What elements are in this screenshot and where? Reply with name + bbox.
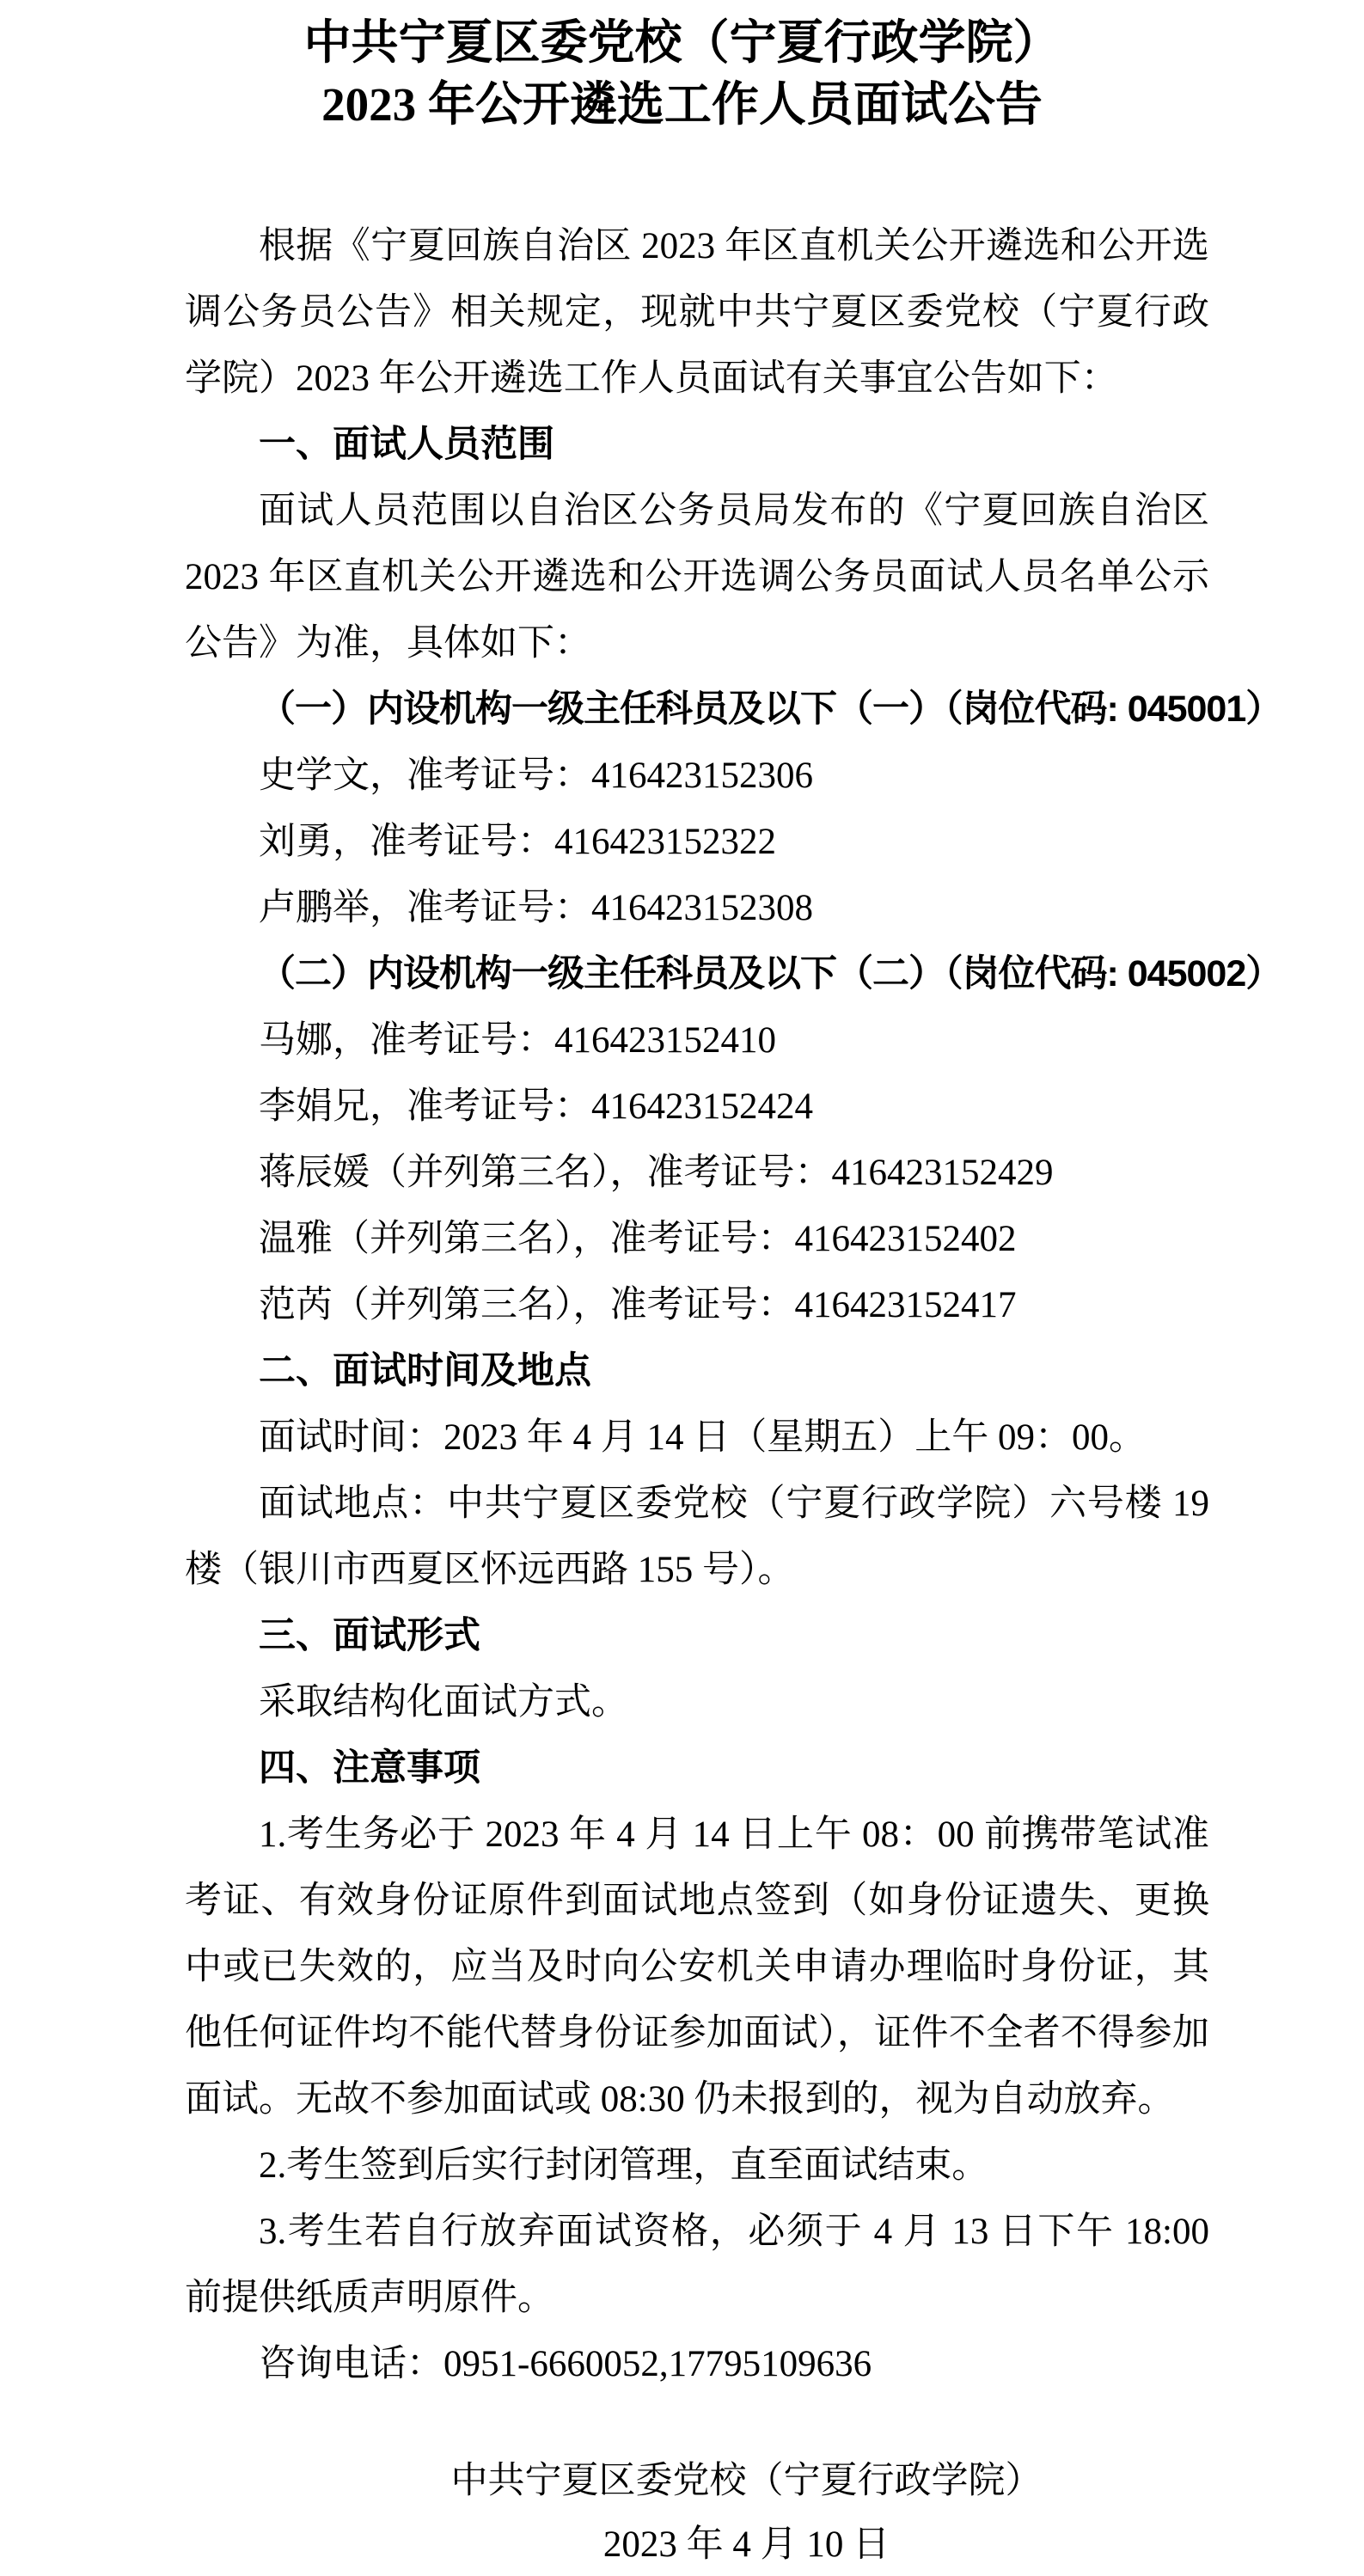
candidate-entry: 范芮（并列第三名），准考证号：416423152417 <box>185 1272 1209 1338</box>
paragraph: 采取结构化面试方式。 <box>185 1669 1209 1735</box>
candidate-entry: 蒋辰媛（并列第三名），准考证号：416423152429 <box>185 1140 1209 1206</box>
position-heading: （一）内设机构一级主任科员及以下（一）（岗位代码: 045001） <box>185 676 1209 743</box>
section-heading: 一、面试人员范围 <box>185 412 1209 478</box>
paragraph: 2.考生签到后实行封闭管理，直至面试结束。 <box>185 2132 1209 2199</box>
paragraph: 面试时间：2023 年 4 月 14 日（星期五）上午 09：00。 <box>185 1404 1209 1471</box>
candidate-entry: 卢鹏举，准考证号：416423152308 <box>185 875 1209 941</box>
document-title-line1: 中共宁夏区委党校（宁夏行政学院） <box>0 12 1364 74</box>
section-heading: 三、面试形式 <box>185 1603 1209 1669</box>
paragraph: 面试人员范围以自治区公务员局发布的《宁夏回族自治区 2023 年区直机关公开遴选… <box>185 478 1209 676</box>
paragraph: 面试地点：中共宁夏区委党校（宁夏行政学院）六号楼 19 楼（银川市西夏区怀远西路… <box>185 1471 1209 1603</box>
candidate-entry: 马娜，准考证号：416423152410 <box>185 1007 1209 1074</box>
signature-org: 中共宁夏区委党校（宁夏行政学院） <box>129 2450 1364 2513</box>
candidate-entry: 刘勇，准考证号：416423152322 <box>185 809 1209 875</box>
paragraph: 1.考生务必于 2023 年 4 月 14 日上午 08：00 前携带笔试准考证… <box>185 1802 1209 2132</box>
signature-block: 中共宁夏区委党校（宁夏行政学院） 2023 年 4 月 10 日 <box>129 2450 1364 2576</box>
signature-date: 2023 年 4 月 10 日 <box>129 2513 1364 2576</box>
candidate-entry: 温雅（并列第三名），准考证号：416423152402 <box>185 1206 1209 1272</box>
document-title-line2: 2023 年公开遴选工作人员面试公告 <box>0 74 1364 136</box>
position-heading: （二）内设机构一级主任科员及以下（二）（岗位代码: 045002） <box>185 941 1209 1007</box>
document-body: 根据《宁夏回族自治区 2023 年区直机关公开遴选和公开选调公务员公告》相关规定… <box>185 213 1209 2397</box>
section-heading: 四、注意事项 <box>185 1735 1209 1802</box>
paragraph: 3.考生若自行放弃面试资格，必须于 4 月 13 日下午 18:00 前提供纸质… <box>185 2199 1209 2331</box>
document-title: 中共宁夏区委党校（宁夏行政学院） 2023 年公开遴选工作人员面试公告 <box>0 0 1364 136</box>
section-heading: 二、面试时间及地点 <box>185 1338 1209 1404</box>
document-page: 中共宁夏区委党校（宁夏行政学院） 2023 年公开遴选工作人员面试公告 根据《宁… <box>0 0 1364 2576</box>
paragraph: 咨询电话：0951-6660052,17795109636 <box>185 2331 1209 2397</box>
candidate-entry: 李娟兄，准考证号：416423152424 <box>185 1074 1209 1140</box>
paragraph: 根据《宁夏回族自治区 2023 年区直机关公开遴选和公开选调公务员公告》相关规定… <box>185 213 1209 412</box>
candidate-entry: 史学文，准考证号：416423152306 <box>185 743 1209 809</box>
